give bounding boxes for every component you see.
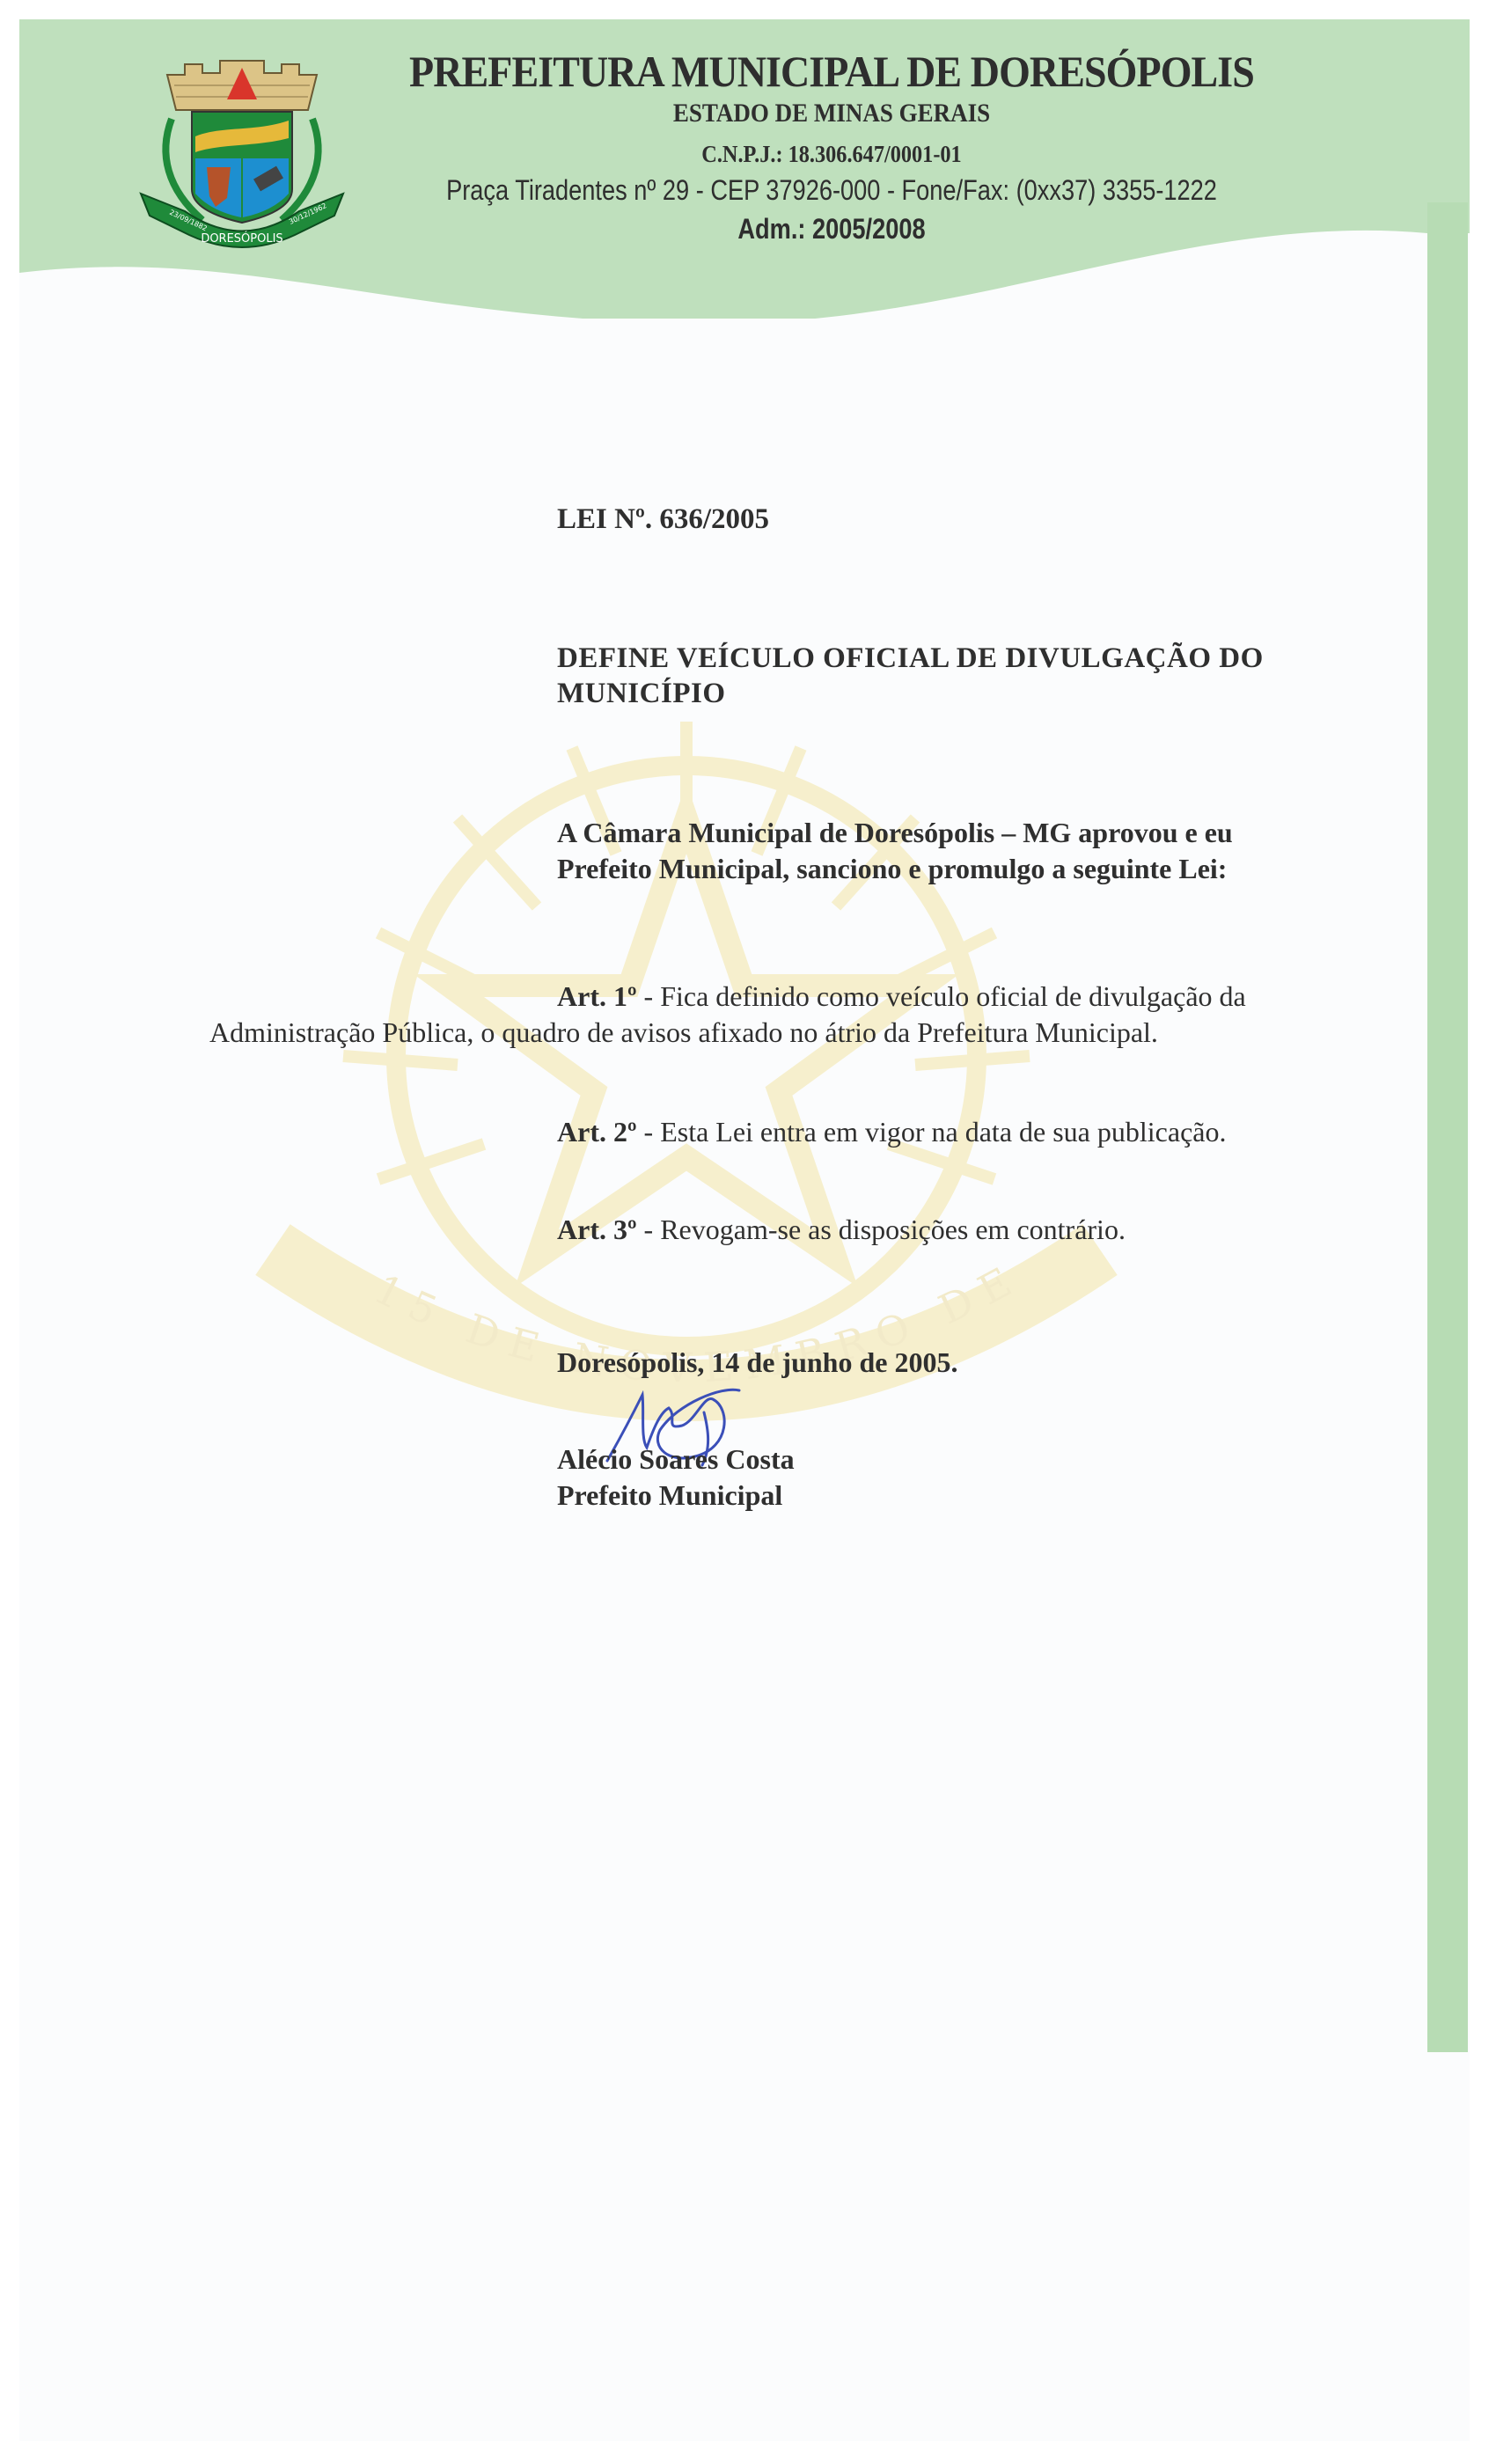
letterhead-address: Praça Tiradentes nº 29 - CEP 37926-000 -… [439, 174, 1225, 207]
letterhead-title: PREFEITURA MUNICIPAL DE DORESÓPOLIS [407, 46, 1257, 97]
article-1: Art. 1º - Fica definido como veículo ofi… [557, 979, 1246, 1015]
letterhead-state: ESTADO DE MINAS GERAIS [416, 99, 1248, 128]
article-2: Art. 2º - Esta Lei entra em vigor na dat… [557, 1114, 1226, 1150]
article-text: - Esta Lei entra em vigor na data de sua… [637, 1116, 1227, 1148]
municipal-crest-icon: DORESÓPOLIS 23/09/1882 30/12/1962 [132, 48, 352, 251]
law-ementa: DEFINE VEÍCULO OFICIAL DE DIVULGAÇÃO DO … [557, 641, 1305, 711]
article-3: Art. 3º - Revogam-se as disposições em c… [557, 1212, 1126, 1248]
crest-ribbon-text: DORESÓPOLIS [201, 231, 282, 246]
article-label: Art. 1º [557, 980, 637, 1012]
article-text: - Revogam-se as disposições em contrário… [637, 1214, 1126, 1245]
signer-name: Alécio Soares Costa [557, 1443, 795, 1476]
article-label: Art. 3º [557, 1214, 637, 1245]
article-text: - Fica definido como veículo oficial de … [637, 980, 1246, 1012]
letterhead-cnpj: C.N.P.J.: 18.306.647/0001-01 [416, 141, 1248, 168]
preamble: A Câmara Municipal de Doresópolis – MG a… [557, 815, 1233, 887]
law-number: LEI Nº. 636/2005 [557, 503, 769, 536]
signer-role: Prefeito Municipal [557, 1479, 782, 1512]
preamble-line: A Câmara Municipal de Doresópolis – MG a… [557, 815, 1233, 851]
article-1-continuation: Administração Pública, o quadro de aviso… [209, 1015, 1158, 1051]
preamble-line: Prefeito Municipal, sanciono e promulgo … [557, 851, 1233, 887]
place-and-date: Doresópolis, 14 de junho de 2005. [557, 1346, 957, 1379]
right-margin-strip [1427, 202, 1468, 2052]
article-label: Art. 2º [557, 1116, 637, 1148]
letterhead-administration: Adm.: 2005/2008 [439, 213, 1225, 246]
